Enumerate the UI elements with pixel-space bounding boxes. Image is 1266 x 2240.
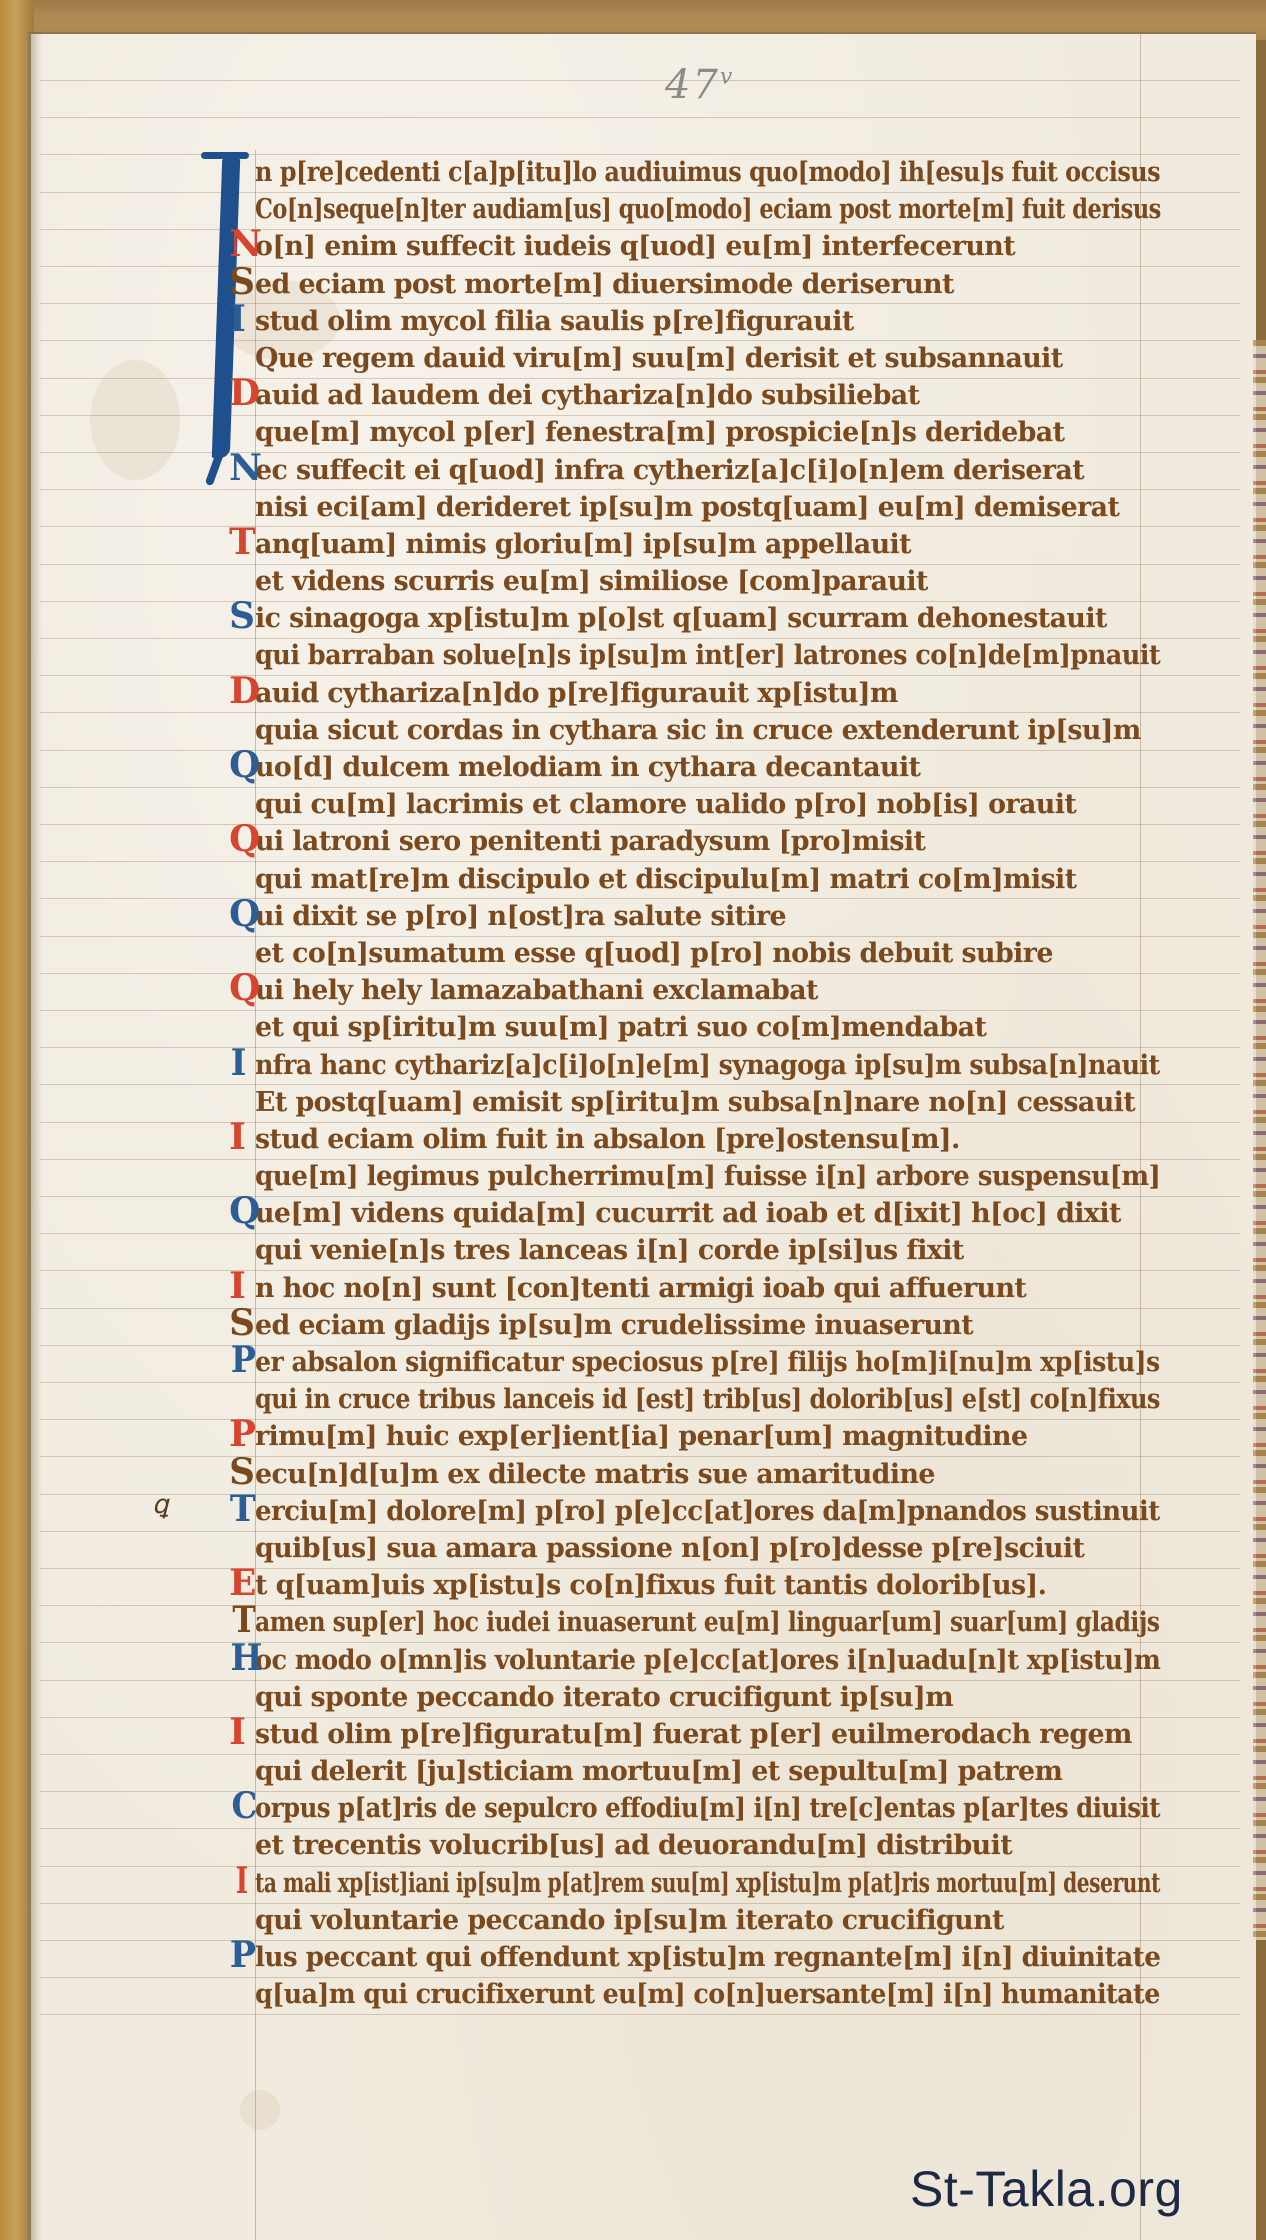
manuscript-line: et qui sp[iritu]m suu[m] patri suo co[m]…	[255, 1009, 1160, 1046]
manuscript-line: Dauid cythariza[n]do p[re]figurauit xp[i…	[255, 675, 1160, 712]
line-text: ec suffecit ei q[uod] infra cytheriz[a]c…	[255, 455, 1084, 486]
manuscript-line: Infra hanc cythariz[a]c[i]o[n]e[m] synag…	[255, 1047, 1107, 1084]
line-text: n hoc no[n] sunt [con]tenti armigi ioab …	[255, 1273, 1026, 1304]
manuscript-line: qui cu[m] lacrimis et clamore ualido p[r…	[255, 786, 1160, 823]
manuscript-line: qui barraban solue[n]s ip[su]m int[er] l…	[255, 637, 1117, 674]
manuscript-line: quib[us] sua amara passione n[on] p[ro]d…	[255, 1530, 1160, 1567]
initial-letter: S	[229, 598, 254, 635]
manuscript-line: et videns scurris eu[m] similiose [com]p…	[255, 563, 1160, 600]
initial-letter: T	[229, 524, 255, 561]
initial-letter: Q	[229, 896, 260, 933]
line-text: qui delerit [ju]sticiam mortuu[m] et sep…	[255, 1756, 1062, 1787]
initial-letter: E	[229, 1565, 256, 1602]
initial-letter: S	[229, 1305, 254, 1342]
page-gutter-shadow	[28, 32, 42, 2240]
manuscript-line: Hoc modo o[mn]is voluntarie p[e]cc[at]or…	[255, 1642, 1115, 1679]
line-text: o[n] enim suffecit iudeis q[uod] eu[m] i…	[255, 231, 1015, 262]
folio-number: 47v	[665, 62, 734, 108]
line-text: ue[m] videns quida[m] cucurrit ad ioab e…	[255, 1198, 1121, 1229]
manuscript-line: Per absalon significatur speciosus p[re]…	[255, 1344, 1106, 1381]
manuscript-line: Plus peccant qui offendunt xp[istu]m reg…	[255, 1939, 1140, 1976]
line-text: qui venie[n]s tres lanceas i[n] corde ip…	[255, 1235, 964, 1266]
line-text: ecu[n]d[u]m ex dilecte matris sue amarit…	[255, 1459, 935, 1490]
line-text: auid cythariza[n]do p[re]figurauit xp[is…	[255, 678, 898, 709]
line-text: nisi eci[am] derideret ip[su]m postq[uam…	[255, 492, 1119, 523]
manuscript-line: Secu[n]d[u]m ex dilecte matris sue amari…	[255, 1456, 1160, 1493]
manuscript-line: Sic sinagoga xp[istu]m p[o]st q[uam] scu…	[255, 600, 1160, 637]
line-text: n p[re]cedenti c[a]p[itu]lo audiuimus qu…	[255, 157, 1160, 188]
line-text: quib[us] sua amara passione n[on] p[ro]d…	[255, 1533, 1084, 1564]
manuscript-line: No[n] enim suffecit iudeis q[uod] eu[m] …	[255, 228, 1160, 265]
manuscript-line: Tanq[uam] nimis gloriu[m] ip[su]m appell…	[255, 526, 1160, 563]
manuscript-line: que[m] mycol p[er] fenestra[m] prospicie…	[255, 414, 1160, 451]
manuscript-line: Nec suffecit ei q[uod] infra cytheriz[a]…	[255, 452, 1160, 489]
manuscript-line: q[ua]m qui crucifixerunt eu[m] co[n]uers…	[255, 1976, 1109, 2013]
manuscript-line: Et q[uam]uis xp[istu]s co[n]fixus fuit t…	[255, 1567, 1160, 1604]
line-text: nfra hanc cythariz[a]c[i]o[n]e[m] synago…	[255, 1050, 1160, 1081]
line-text: ed eciam gladijs ip[su]m crudelissime in…	[255, 1310, 973, 1341]
line-text: qui cu[m] lacrimis et clamore ualido p[r…	[255, 789, 1076, 820]
initial-letter: I	[229, 301, 245, 338]
manuscript-line: Que[m] videns quida[m] cucurrit ad ioab …	[255, 1195, 1160, 1232]
line-text: qui in cruce tribus lanceis id [est] tri…	[255, 1384, 1160, 1415]
line-text: er absalon significatur speciosus p[re] …	[255, 1347, 1160, 1378]
manuscript-line: Primu[m] huic exp[er]ient[ia] penar[um] …	[255, 1418, 1160, 1455]
manuscript-line: qui delerit [ju]sticiam mortuu[m] et sep…	[255, 1753, 1160, 1790]
manuscript-line: Co[n]seque[n]ter audiam[us] quo[modo] ec…	[255, 191, 1013, 228]
initial-letter: H	[230, 1640, 262, 1677]
manuscript-line: qui voluntarie peccando ip[su]m iterato …	[255, 1902, 1160, 1939]
manuscript-line: Qui hely hely lamazabathani exclamabat	[255, 972, 1160, 1009]
initial-letter: N	[229, 226, 261, 263]
initial-letter: P	[229, 1416, 255, 1453]
line-text: que[m] mycol p[er] fenestra[m] prospicie…	[255, 417, 1064, 448]
initial-letter: D	[229, 375, 259, 412]
line-text: lus peccant qui offendunt xp[istu]m regn…	[255, 1942, 1160, 1973]
line-text: qui mat[re]m discipulo et discipulu[m] m…	[255, 864, 1076, 895]
line-text: Et postq[uam] emisit sp[iritu]m subsa[n]…	[255, 1087, 1135, 1118]
line-text: ui dixit se p[ro] n[ost]ra salute sitire	[255, 901, 786, 932]
manuscript-line: nisi eci[am] derideret ip[su]m postq[uam…	[255, 489, 1160, 526]
manuscript-line: Corpus p[at]ris de sepulcro effodiu[m] i…	[255, 1790, 1078, 1827]
parchment-stain	[240, 2090, 280, 2130]
line-text: stud olim p[re]figuratu[m] fuerat p[er] …	[255, 1719, 1132, 1750]
initial-letter: Q	[229, 970, 260, 1007]
manuscript-line: Tamen sup[er] hoc iudei inuaserunt eu[m]…	[255, 1604, 1047, 1641]
line-text: quia sicut cordas in cythara sic in cruc…	[255, 715, 1141, 746]
manuscript-line: Quo[d] dulcem melodiam in cythara decant…	[255, 749, 1160, 786]
line-text: stud olim mycol filia saulis p[re]figura…	[255, 306, 854, 337]
line-text: ta mali xp[ist]iani ip[su]m p[at]rem suu…	[255, 1868, 1160, 1899]
manuscript-line: Istud eciam olim fuit in absalon [pre]os…	[255, 1121, 1160, 1158]
manuscript-line: qui sponte peccando iterato crucifigunt …	[255, 1679, 1160, 1716]
line-text: ui hely hely lamazabathani exclamabat	[255, 975, 818, 1006]
manuscript-line: Sed eciam post morte[m] diuersimode deri…	[255, 266, 1160, 303]
manuscript-line: que[m] legimus pulcherrimu[m] fuisse i[n…	[255, 1158, 1139, 1195]
marginal-annotation: ꝗ	[152, 1490, 169, 1520]
line-text: qui voluntarie peccando ip[su]m iterato …	[255, 1905, 1004, 1936]
initial-letter: D	[229, 673, 259, 710]
line-text: orpus p[at]ris de sepulcro effodiu[m] i[…	[255, 1793, 1160, 1824]
initial-letter: Q	[229, 747, 260, 784]
line-text: erciu[m] dolore[m] p[ro] p[e]cc[at]ores …	[255, 1496, 1160, 1527]
manuscript-line: Et postq[uam] emisit sp[iritu]m subsa[n]…	[255, 1084, 1160, 1121]
initial-letter: N	[229, 450, 261, 487]
initial-letter: S	[229, 1454, 254, 1491]
manuscript-line: Dauid ad laudem dei cythariza[n]do subsi…	[255, 377, 1160, 414]
line-text: et qui sp[iritu]m suu[m] patri suo co[m]…	[255, 1012, 986, 1043]
initial-letter: I	[236, 1863, 248, 1900]
line-text: que[m] legimus pulcherrimu[m] fuisse i[n…	[255, 1161, 1160, 1192]
manuscript-line: Ita mali xp[ist]iani ip[su]m p[at]rem su…	[255, 1865, 935, 1902]
manuscript-line: et trecentis volucrib[us] ad deuorandu[m…	[255, 1827, 1160, 1864]
manuscript-line: qui venie[n]s tres lanceas i[n] corde ip…	[255, 1232, 1160, 1269]
initial-letter: Q	[229, 1193, 260, 1230]
initial-letter: P	[230, 1937, 256, 1974]
initial-letter: I	[229, 1714, 245, 1751]
manuscript-text-block: n p[re]cedenti c[a]p[itu]lo audiuimus qu…	[255, 154, 1165, 2013]
line-text: qui barraban solue[n]s ip[su]m int[er] l…	[255, 640, 1160, 671]
initial-letter: I	[229, 1119, 245, 1156]
line-text: stud eciam olim fuit in absalon [pre]ost…	[255, 1124, 960, 1155]
line-text: amen sup[er] hoc iudei inuaserunt eu[m] …	[255, 1607, 1160, 1638]
line-text: t q[uam]uis xp[istu]s co[n]fixus fuit ta…	[255, 1570, 1046, 1601]
initial-letter: T	[230, 1491, 255, 1528]
line-text: rimu[m] huic exp[er]ient[ia] penar[um] m…	[255, 1421, 1027, 1452]
line-text: Que regem dauid viru[m] suu[m] derisit e…	[255, 343, 1063, 374]
manuscript-line: n p[re]cedenti c[a]p[itu]lo audiuimus qu…	[255, 154, 1063, 191]
manuscript-line: Qui latroni sero penitenti paradysum [pr…	[255, 823, 1160, 860]
line-text: q[ua]m qui crucifixerunt eu[m] co[n]uers…	[255, 1979, 1160, 2010]
line-text: ic sinagoga xp[istu]m p[o]st q[uam] scur…	[255, 603, 1107, 634]
initial-letter: P	[231, 1342, 256, 1379]
initial-letter: Q	[229, 821, 260, 858]
manuscript-line: quia sicut cordas in cythara sic in cruc…	[255, 712, 1160, 749]
manuscript-line: Qui dixit se p[ro] n[ost]ra salute sitir…	[255, 898, 1160, 935]
line-text: ed eciam post morte[m] diuersimode deris…	[255, 269, 954, 300]
line-text: uo[d] dulcem melodiam in cythara decanta…	[255, 752, 920, 783]
manuscript-line: Istud olim mycol filia saulis p[re]figur…	[255, 303, 1160, 340]
line-text: anq[uam] nimis gloriu[m] ip[su]m appella…	[255, 529, 911, 560]
line-text: auid ad laudem dei cythariza[n]do subsil…	[255, 380, 919, 411]
manuscript-line: Que regem dauid viru[m] suu[m] derisit e…	[255, 340, 1160, 377]
line-text: Co[n]seque[n]ter audiam[us] quo[modo] ec…	[255, 194, 1161, 225]
manuscript-line: Istud olim p[re]figuratu[m] fuerat p[er]…	[255, 1716, 1160, 1753]
initial-letter: T	[232, 1602, 255, 1639]
initial-letter: C	[231, 1788, 256, 1825]
line-text: et co[n]sumatum esse q[uod] p[ro] nobis …	[255, 938, 1053, 969]
watermark: St-Takla.org	[910, 2160, 1183, 2218]
initial-letter: S	[229, 264, 254, 301]
manuscript-line: In hoc no[n] sunt [con]tenti armigi ioab…	[255, 1270, 1160, 1307]
line-text: ui latroni sero penitenti paradysum [pro…	[255, 826, 925, 857]
initial-letter: I	[231, 1045, 246, 1082]
manuscript-line: Terciu[m] dolore[m] p[ro] p[e]cc[at]ores…	[255, 1493, 1134, 1530]
line-text: qui sponte peccando iterato crucifigunt …	[255, 1682, 953, 1713]
manuscript-line: Sed eciam gladijs ip[su]m crudelissime i…	[255, 1307, 1160, 1344]
initial-letter: I	[229, 1268, 245, 1305]
line-text: oc modo o[mn]is voluntarie p[e]cc[at]ore…	[255, 1645, 1160, 1676]
manuscript-line: et co[n]sumatum esse q[uod] p[ro] nobis …	[255, 935, 1160, 972]
adjacent-page-edge	[1253, 340, 1266, 1940]
manuscript-line: qui mat[re]m discipulo et discipulu[m] m…	[255, 861, 1160, 898]
line-text: et trecentis volucrib[us] ad deuorandu[m…	[255, 1830, 1012, 1861]
manuscript-line: qui in cruce tribus lanceis id [est] tri…	[255, 1381, 1065, 1418]
line-text: et videns scurris eu[m] similiose [com]p…	[255, 566, 928, 597]
